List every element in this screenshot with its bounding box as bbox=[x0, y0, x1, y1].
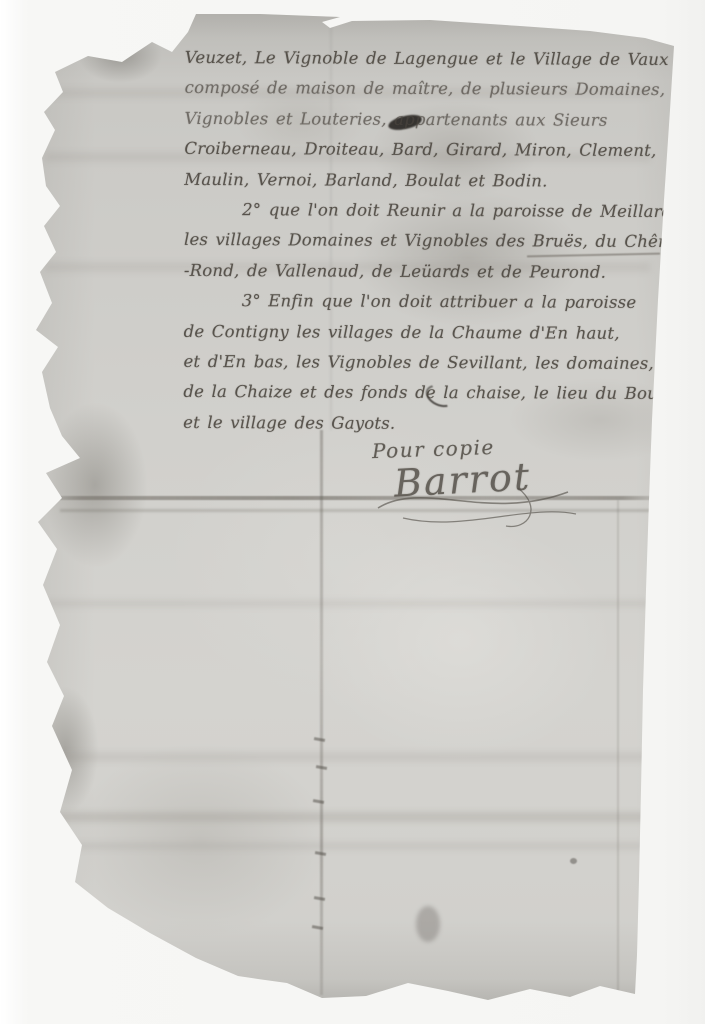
manuscript-line: Maulin, Vernoi, Barland, Boulat et Bodin… bbox=[184, 165, 684, 198]
vertical-fold-crease-right bbox=[617, 500, 619, 992]
vertical-fold-crease bbox=[320, 430, 323, 995]
paper-speck bbox=[613, 17, 616, 20]
manuscript-page: Veuzet, Le Vignoble de Lagengue et le Vi… bbox=[0, 0, 705, 1024]
manuscript-line: Veuzet, Le Vignoble de Lagengue et le Vi… bbox=[185, 43, 685, 76]
manuscript-line: et le village des Gayots. bbox=[183, 408, 683, 441]
manuscript-line: Croiberneau, Droiteau, Bard, Girard, Mir… bbox=[184, 134, 684, 167]
show-through-streak bbox=[45, 812, 650, 822]
show-through-streak bbox=[45, 842, 650, 850]
paper-speck bbox=[600, 6, 604, 10]
manuscript-line: et d'En bas, les Vignobles de Sevillant,… bbox=[183, 347, 683, 380]
show-through-streak bbox=[45, 600, 650, 607]
manuscript-line: Vignobles et Louteries, appartenants aux… bbox=[184, 104, 684, 137]
manuscript-line: les villages Domaines et Vignobles des B… bbox=[184, 225, 684, 258]
manuscript-line: 3° Enfin que l'on doit attribuer a la pa… bbox=[184, 286, 684, 319]
manuscript-line: 2° que l'on doit Reunir a la paroisse de… bbox=[184, 195, 684, 228]
scan-background: Veuzet, Le Vignoble de Lagengue et le Vi… bbox=[0, 0, 705, 1024]
ink-dot bbox=[140, 963, 152, 972]
signature-flourish bbox=[368, 478, 598, 533]
ink-smudge bbox=[416, 906, 440, 942]
manuscript-line: de Contigny les villages de la Chaume d'… bbox=[184, 317, 684, 350]
manuscript-line: composé de maison de maître, de plusieur… bbox=[185, 73, 685, 106]
paper-speck bbox=[570, 858, 577, 864]
manuscript-text-block: Veuzet, Le Vignoble de Lagengue et le Vi… bbox=[183, 43, 685, 440]
manuscript-line: -Rond, de Vallenaud, de Leüards et de Pe… bbox=[184, 256, 684, 289]
show-through-streak bbox=[45, 752, 650, 762]
manuscript-line: de la Chaize et des fonds de la chaise, … bbox=[183, 377, 683, 410]
